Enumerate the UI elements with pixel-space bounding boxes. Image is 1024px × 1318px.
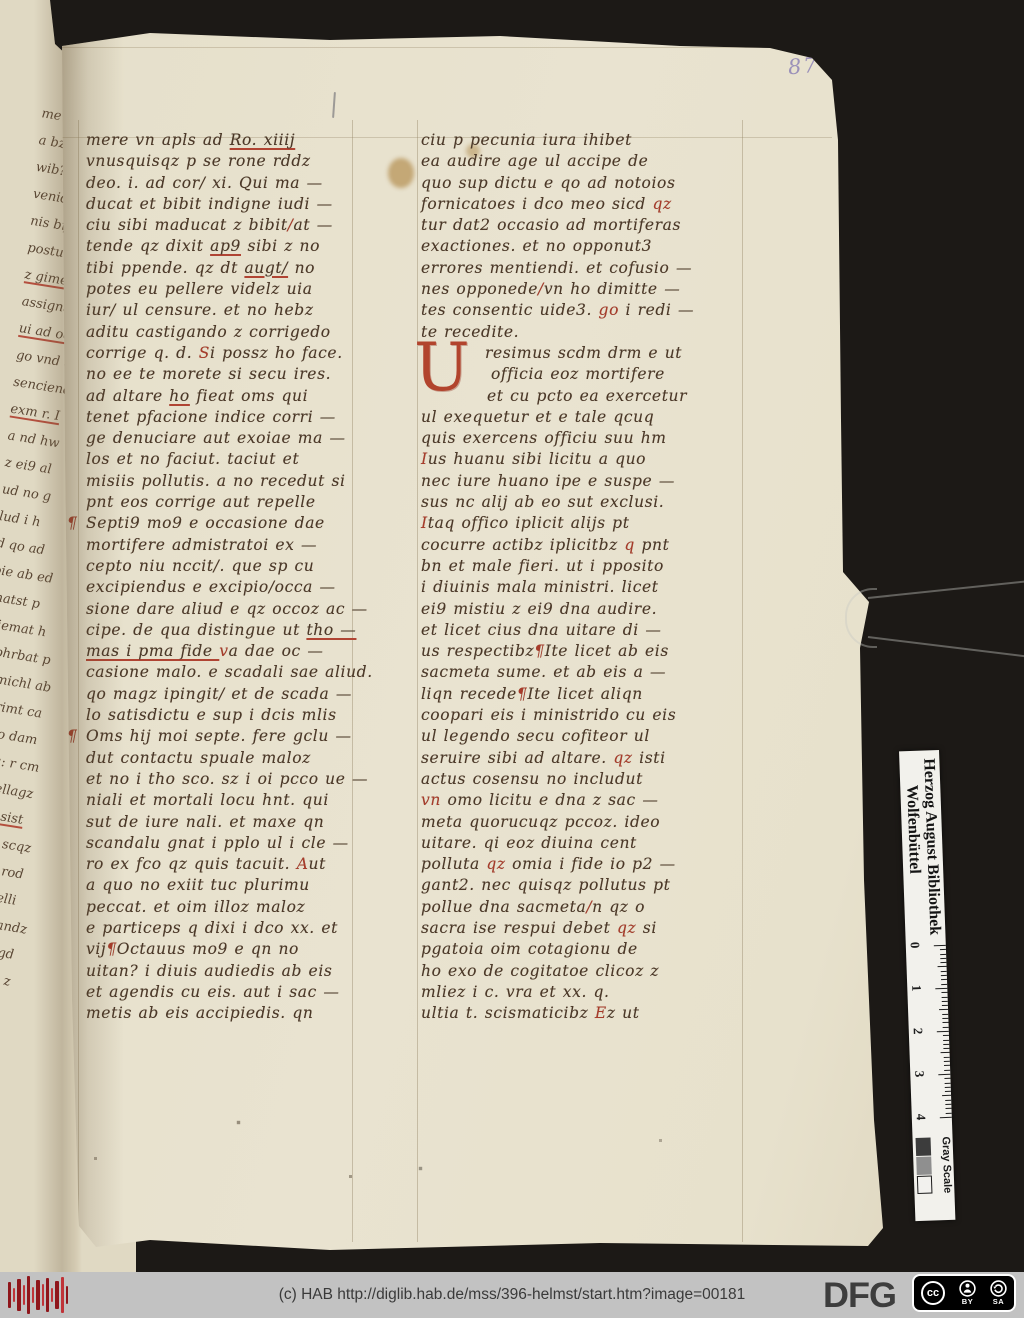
hab-logo-bar xyxy=(66,1286,68,1304)
ruler-tick xyxy=(943,1039,949,1040)
ruler-tick xyxy=(942,1018,948,1019)
ruling-line xyxy=(62,47,832,48)
ruler-tick xyxy=(944,1069,950,1070)
manuscript-text-line: ducat et bibit indigne iudi — xyxy=(86,195,408,216)
ruler-number: 0 xyxy=(907,942,923,949)
manuscript-text-line: mliez i c. vra et xx. q. xyxy=(421,983,751,1004)
ruler-tick xyxy=(943,1048,949,1049)
ruler-tick xyxy=(941,1052,950,1053)
hab-logo-bar xyxy=(46,1278,49,1312)
manuscript-text-line: ei9 mistiu z ei9 dna audire. xyxy=(421,600,751,621)
ruler-tick xyxy=(944,1065,950,1066)
ruler-tick xyxy=(944,1057,950,1058)
ruler-tick xyxy=(942,996,948,997)
manuscript-text-line: tende qz dixit ap9 sibi z no xyxy=(86,237,408,258)
cc-sa-item: SA xyxy=(990,1280,1007,1306)
manuscript-text-line: niali et mortali locu hnt. qui xyxy=(86,791,408,812)
manuscript-text-line: fornicatoes i dco meo sicd qz xyxy=(421,195,751,216)
hab-logo-bar xyxy=(32,1287,34,1303)
manuscript-text-line: us respectibz¶Ite licet ab eis xyxy=(421,642,751,663)
manuscript-text-line: lo satisdictu e sup i dcis mlis xyxy=(86,706,408,727)
library-name: Herzog August Bibliothek Wolfenbüttel xyxy=(899,750,946,940)
manuscript-text-line: ad altare ho fieat oms qui xyxy=(86,387,408,408)
hab-logo-bar xyxy=(51,1288,53,1302)
manuscript-text-line: gant2. nec quisqz pollutus pt xyxy=(421,876,751,897)
manuscript-text-line: ge denuciare aut exoiae ma — xyxy=(86,429,408,450)
pencil-mark xyxy=(332,92,336,118)
manuscript-text-line: ciu p pecunia iura ihibet xyxy=(421,131,751,152)
ruler-tick xyxy=(940,962,946,963)
gray-scale-label: Gray Scale xyxy=(939,1136,953,1193)
manuscript-page: 87 mere vn apls ad Ro. xiiijvnusquisqz p… xyxy=(0,0,1024,1318)
by-label: BY xyxy=(962,1298,973,1306)
gray-scale-row xyxy=(914,1137,933,1194)
page-holder-clip-arm xyxy=(868,580,1024,598)
ruler-tick xyxy=(939,1009,948,1010)
manuscript-text-line: seruire sibi ad altare. qz isti xyxy=(421,749,751,770)
manuscript-text-line: cepto niu nccit/. que sp cu xyxy=(86,557,408,578)
ruler-tick xyxy=(944,1061,950,1062)
manuscript-text-line: deo. i. ad cor/ xi. Qui ma — xyxy=(86,174,408,195)
manuscript-text-line: Itaq offico iplicit alijs pt xyxy=(421,514,751,535)
ruler-tick xyxy=(937,1031,949,1032)
ruler-tick xyxy=(945,1091,951,1092)
ruler-tick xyxy=(946,1108,952,1109)
gray-swatch-dark xyxy=(916,1137,932,1156)
manuscript-text-line: officia eoz mortifere xyxy=(421,365,751,386)
manuscript-text-line: sus nc alij ab eo sut exclusi. xyxy=(421,493,751,514)
cc-icon-label: cc xyxy=(927,1287,939,1299)
ruler-tick xyxy=(941,975,947,976)
manuscript-text-line: ¶Oms hij moi septe. fere gclu — xyxy=(86,727,408,748)
manuscript-text-line: nec iure huano ipe e suspe — xyxy=(421,472,751,493)
ruler-tick xyxy=(938,1074,950,1075)
ruler-tick xyxy=(942,1014,948,1015)
ruler-tick xyxy=(942,1095,951,1096)
manuscript-text-line: coopari eis i ministrido cu eis xyxy=(421,706,751,727)
manuscript-text-line: qo magz ipingit/ et de scada — xyxy=(86,685,408,706)
ruling-line xyxy=(78,120,79,1242)
hab-logo-bar xyxy=(8,1282,11,1308)
manuscript-text-line: pgatoia oim cotagionu de xyxy=(421,940,751,961)
ruler-number: 1 xyxy=(908,985,924,992)
manuscript-text-line: sione dare aliud e qz occoz ac — xyxy=(86,600,408,621)
ruler-tick xyxy=(941,983,947,984)
manuscript-text-line: ciu sibi maducat z bibit/at — xyxy=(86,216,408,237)
manuscript-text-line: ul exequetur et e tale qcuq xyxy=(421,408,751,429)
ruler-tick xyxy=(938,966,947,967)
manuscript-text-line: quo sup dictu e qo ad notoios xyxy=(421,174,751,195)
manuscript-text-line: a quo no exiit tuc plurimu xyxy=(86,876,408,897)
manuscript-text-line: sut de iure nali. et maxe qn xyxy=(86,813,408,834)
manuscript-text-line: mas i pma fide va dae oc — xyxy=(86,642,408,663)
page-holder-clip-arm xyxy=(868,636,1024,657)
manuscript-text-line: resimus scdm drm e ut xyxy=(421,344,751,365)
ruler-tick xyxy=(940,958,946,959)
folio-number: 87 xyxy=(787,53,820,80)
hab-logo-bar xyxy=(36,1280,40,1310)
manuscript-text-line: iur/ ul censure. et no hebz xyxy=(86,301,408,322)
ruler-tick xyxy=(945,1087,951,1088)
ruler-tick xyxy=(945,1104,951,1105)
manuscript-text-line: tes consentic uide3. go i redi — xyxy=(421,301,751,322)
sa-label: SA xyxy=(993,1298,1004,1306)
ruler-tick xyxy=(943,1035,949,1036)
manuscript-text-line: los et no faciut. taciut et xyxy=(86,450,408,471)
manuscript-text-line: no ee te morete si secu ires. xyxy=(86,365,408,386)
manuscript-text-line: misiis pollutis. a no recedut si xyxy=(86,472,408,493)
hab-logo-bar xyxy=(42,1284,44,1306)
manuscript-text-line: metis ab eis accipiedis. qn xyxy=(86,1004,408,1025)
ruler-tick xyxy=(945,1082,951,1083)
manuscript-text-line: sacmeta sume. et ab eis a — xyxy=(421,663,751,684)
person-icon xyxy=(959,1280,976,1297)
ruler-tick xyxy=(941,971,947,972)
hab-logo-bar xyxy=(17,1279,21,1311)
manuscript-text-line: excipiendus e excipio/occa — xyxy=(86,578,408,599)
hab-logo-bar xyxy=(61,1277,64,1313)
manuscript-text-line: te recedite. xyxy=(421,323,751,344)
manuscript-text-line: Ius huanu sibi licitu a quo xyxy=(421,450,751,471)
manuscript-text-line: vn omo licitu e dna z sac — xyxy=(421,791,751,812)
manuscript-text-line: corrige q. d. Si possz ho face. xyxy=(86,344,408,365)
ruling-line xyxy=(417,120,418,1242)
ruler-tick xyxy=(940,953,946,954)
copyright-url: (c) HAB http://diglib.hab.de/mss/396-hel… xyxy=(279,1286,746,1304)
ruler-tick xyxy=(942,1001,948,1002)
ruler-number: 2 xyxy=(910,1028,926,1035)
gray-swatch-mid xyxy=(916,1156,932,1175)
ruler-tick xyxy=(940,949,946,950)
hab-logo-bar xyxy=(27,1276,30,1314)
cc-license-badge: cc BY SA xyxy=(912,1274,1016,1312)
manuscript-text-line: potes eu pellere videlz uia xyxy=(86,280,408,301)
manuscript-text-line: mortifere admistratoi ex — xyxy=(86,536,408,557)
manuscript-text-line: dut contactu spuale maloz xyxy=(86,749,408,770)
ruler-tick xyxy=(943,1026,949,1027)
ruler-tick xyxy=(943,1044,949,1045)
manuscript-text-line: liqn recede¶Ite licet aliqn xyxy=(421,685,751,706)
color-reference-label: Herzog August Bibliothek Wolfenbüttel 01… xyxy=(899,750,955,1221)
manuscript-text-line: cocurre actibz iplicitbz q pnt xyxy=(421,536,751,557)
manuscript-text-line: meta quorucuqz pccoz. ideo xyxy=(421,813,751,834)
manuscript-text-line: tibi ppende. qz dt augt/ no xyxy=(86,259,408,280)
manuscript-text-line: peccat. et oim illoz maloz xyxy=(86,898,408,919)
manuscript-text-line: et cu pcto ea exercetur xyxy=(421,387,751,408)
ruler-tick xyxy=(935,988,947,989)
gray-scale-swatches: Gray Scale xyxy=(912,1125,955,1206)
manuscript-text-line: pollue dna sacmeta/n qz o xyxy=(421,898,751,919)
rubricated-initial: U xyxy=(414,339,470,397)
ruler-tick xyxy=(934,945,946,946)
manuscript-text-line: ul legendo secu cofiteor ul xyxy=(421,727,751,748)
ruler-tick xyxy=(945,1099,951,1100)
ruler-tick xyxy=(942,1005,948,1006)
manuscript-text-line: mere vn apls ad Ro. xiiij xyxy=(86,131,408,152)
ruler-tick xyxy=(941,992,947,993)
ruler-tick xyxy=(940,1117,952,1118)
manuscript-text-line: aditu castigando z corrigedo xyxy=(86,323,408,344)
manuscript-text-line: ea audire age ul accipe de xyxy=(421,152,751,173)
digitized-manuscript-scan: me ut ha bz z pdwib? atvenid z inis bij … xyxy=(0,0,1024,1318)
ruler-tick xyxy=(944,1078,950,1079)
manuscript-text-line: ro ex fco qz quis tacuit. Aut xyxy=(86,855,408,876)
manuscript-text-line: actus cosensu no includut xyxy=(421,770,751,791)
manuscript-text-line: uitan? i diuis audiedis ab eis xyxy=(86,962,408,983)
manuscript-text-line: tenet pfacione indice corri — xyxy=(86,408,408,429)
ruler: 01234 xyxy=(906,939,952,1126)
manuscript-column-right: ciu p pecunia iura ihibetea audire age u… xyxy=(421,131,751,1025)
manuscript-text-line: i diuinis mala ministri. licet xyxy=(421,578,751,599)
hab-logo xyxy=(8,1276,68,1314)
share-alike-icon xyxy=(990,1280,1007,1297)
manuscript-text-line: ultia t. scismaticibz Ez ut xyxy=(421,1004,751,1025)
manuscript-column-left: mere vn apls ad Ro. xiiijvnusquisqz p se… xyxy=(86,131,408,1025)
hab-logo-bar xyxy=(23,1285,25,1305)
cc-icon: cc xyxy=(921,1281,945,1305)
footer-bar: (c) HAB http://diglib.hab.de/mss/396-hel… xyxy=(0,1272,1024,1318)
manuscript-text-line: exactiones. et no opponut3 xyxy=(421,237,751,258)
ruler-tick xyxy=(941,979,947,980)
manuscript-text-line: ho exo de cogitatoe clicoz z xyxy=(421,962,751,983)
manuscript-text-line: polluta qz omia i fide io p2 — xyxy=(421,855,751,876)
manuscript-text-line: ¶Septi9 mo9 e occasione dae xyxy=(86,514,408,535)
ruler-number: 3 xyxy=(911,1071,927,1078)
manuscript-text-line: vnusquisqz p se rone rddz xyxy=(86,152,408,173)
manuscript-text-line: quis exercens officiu suu hm xyxy=(421,429,751,450)
ruler-number: 4 xyxy=(913,1113,929,1120)
manuscript-text-line: et no i tho sco. sz i oi pcco ue — xyxy=(86,770,408,791)
hab-logo-bar xyxy=(55,1281,59,1309)
manuscript-text-line: vij¶Octauus mo9 e qn no xyxy=(86,940,408,961)
manuscript-text-line: tur dat2 occasio ad mortiferas xyxy=(421,216,751,237)
manuscript-text-line: sacra ise respui debet qz si xyxy=(421,919,751,940)
manuscript-text-line: nes opponede/vn ho dimitte — xyxy=(421,280,751,301)
ruler-tick xyxy=(946,1112,952,1113)
manuscript-text-line: uitare. qi eoz diuina cent xyxy=(421,834,751,855)
ruler-tick xyxy=(943,1022,949,1023)
dfg-logo: DFG xyxy=(823,1274,896,1315)
hab-logo-bar xyxy=(13,1288,15,1302)
manuscript-text-line: casione malo. e scadali sae aliud. xyxy=(86,663,408,684)
manuscript-text-line: pnt eos corrige aut repelle xyxy=(86,493,408,514)
manuscript-text-line: et licet cius dna uitare di — xyxy=(421,621,751,642)
manuscript-text-line: et agendis cu eis. aut i sac — xyxy=(86,983,408,1004)
cc-by-item: BY xyxy=(959,1280,976,1306)
manuscript-text-line: errores mentiendi. et cofusio — xyxy=(421,259,751,280)
manuscript-text-line: cipe. de qua distingue ut tho — xyxy=(86,621,408,642)
manuscript-text-line: bn et male fieri. ut i pposito xyxy=(421,557,751,578)
gray-swatch-white xyxy=(917,1175,933,1194)
manuscript-text-line: scandalu gnat i pplo ul i cle — xyxy=(86,834,408,855)
manuscript-text-line: e particeps q dixi i dco xx. et xyxy=(86,919,408,940)
